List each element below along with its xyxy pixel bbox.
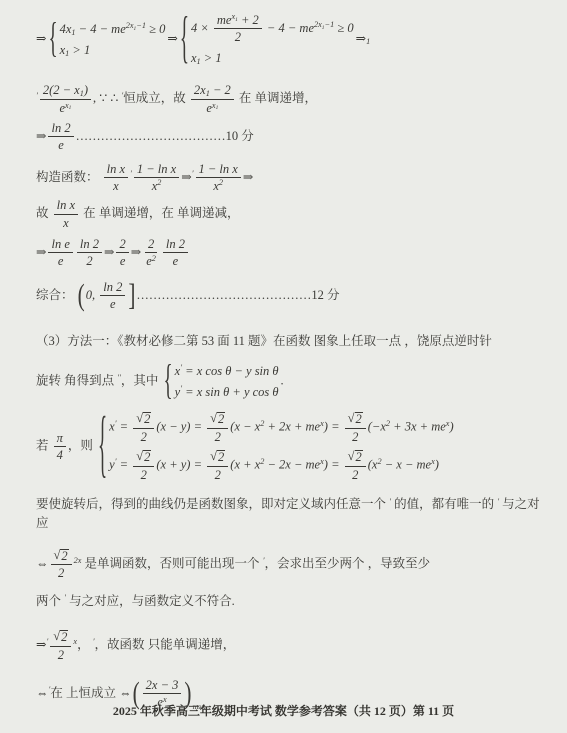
math-run: ln x <box>57 198 75 212</box>
radical-sign-icon: √ <box>210 412 217 426</box>
radical-sign-icon: √ <box>210 450 217 464</box>
math-run: 2 <box>218 450 224 464</box>
text-run: 单调递减， <box>177 206 240 220</box>
text-run: 与之对应，与函数定义不符合. <box>66 594 235 608</box>
math-run: −1 <box>136 21 146 30</box>
math-run: 2 <box>218 412 224 426</box>
text-run: 旋转 <box>36 373 64 387</box>
math-run: ln x <box>107 162 125 176</box>
math-run: 2x <box>126 21 134 30</box>
math-run: ≥ 0 <box>146 22 165 36</box>
numerator: mex1 + 2 <box>214 13 262 29</box>
radical: √2 <box>210 412 225 427</box>
math-run: = <box>117 420 132 434</box>
rotation-formulas-line: 旋转 角得到点 ′′，其中 {x′ = x cos θ − y sin θy′ … <box>36 363 541 401</box>
math-run: 4 × <box>191 21 212 35</box>
math-run: e <box>58 254 64 268</box>
text-run: 图象上任取一点 <box>314 334 405 348</box>
numerator: √2 <box>50 629 71 647</box>
radical-sign-icon: √ <box>348 412 355 426</box>
monotonic-intervals-line: 故 ln xx 在 单调递增，在 单调递减， <box>36 198 541 230</box>
math-run: 2 <box>152 254 156 263</box>
radical: √2 <box>348 450 363 465</box>
math-run: (−x <box>368 420 386 434</box>
text-run: ，故函数 <box>95 637 148 651</box>
radical: √2 <box>54 549 69 564</box>
case-rows: 4x1 − 4 − me2x1−1 ≥ 0x1 > 1 <box>60 21 166 59</box>
math-run: + 2 <box>238 13 259 27</box>
theta-pi4-system-line: 若 π4，则 {x′ = √22(x − y) = √22(x − x2 + 2… <box>36 411 541 482</box>
superscript: ′ <box>130 170 132 178</box>
fraction: 1 − ln xx2 <box>196 162 241 194</box>
left-brace: { <box>48 19 57 61</box>
text-run: 在 <box>80 206 99 220</box>
fraction: √22 <box>345 411 366 444</box>
math-run: 2 <box>352 468 358 482</box>
denominator: 2 <box>138 467 150 482</box>
text-run: ⇔ <box>36 686 49 700</box>
fraction: ln 2e <box>163 237 188 269</box>
denominator: 2 <box>232 29 244 44</box>
conclusion-12pts-line: 综合： (0, ln 2e]……………………………………12 分 <box>36 280 541 312</box>
fraction: ln ee <box>48 237 72 269</box>
system-inequalities-line: ⇒{4x1 − 4 − me2x1−1 ≥ 0x1 > 1⇒{4 × mex1 … <box>36 13 541 66</box>
superscript: ′ <box>192 170 194 178</box>
math-run: me <box>217 13 232 27</box>
case-rows: x′ = √22(x − y) = √22(x − x2 + 2x + mex)… <box>109 411 453 482</box>
fraction: mex1 + 22 <box>214 13 262 45</box>
math-run: 4 <box>57 448 63 462</box>
math-run: 1 <box>366 37 370 46</box>
numerator: ln 2 <box>100 280 125 296</box>
bracket: ] <box>128 280 135 311</box>
math-run: ′ <box>46 637 48 646</box>
fraction: π4 <box>54 431 66 463</box>
fraction: √22 <box>50 629 71 662</box>
radicand: 2 <box>60 630 68 645</box>
radical-sign-icon: √ <box>54 549 61 563</box>
case-row: x′ = x cos θ − y sin θ <box>175 363 279 379</box>
superscript: 2 <box>219 179 223 187</box>
denominator: e <box>55 137 67 152</box>
radical: √2 <box>53 630 68 645</box>
math-run: ) <box>435 458 439 472</box>
superscript: ′ <box>36 92 38 100</box>
math-run: 2 <box>157 178 161 187</box>
radical-sign-icon: √ <box>136 450 143 464</box>
radicand: 2 <box>355 450 363 465</box>
text-run: 两个 <box>36 594 64 608</box>
superscript: 2 <box>157 179 161 187</box>
math-run: ′ <box>36 91 38 100</box>
m-range-10pts-line: ⇒ln 2e………………………………10 分 <box>36 121 541 153</box>
fraction: 2(2 − x1)ex1 <box>40 83 91 116</box>
fraction: √22 <box>207 449 228 482</box>
math-run: 2 <box>235 30 241 44</box>
math-run: − 2 <box>210 83 231 97</box>
numerator: √2 <box>345 449 366 467</box>
numerator: ln 2 <box>163 237 188 253</box>
denominator: x2 <box>149 178 165 193</box>
denominator: 2 <box>212 467 224 482</box>
text-run: 故 <box>36 206 52 220</box>
text-run: ⇒ <box>356 31 366 45</box>
radical: √2 <box>136 450 151 465</box>
math-run: − 2x − me <box>264 458 320 472</box>
bracket: ( <box>78 280 85 311</box>
math-run: 2 <box>61 549 67 563</box>
denominator: 4 <box>54 447 66 462</box>
fraction: √22 <box>345 449 366 482</box>
text-run: 是单调函数，否则可能出现一个 <box>81 556 262 570</box>
fraction: 2e2 <box>143 237 159 269</box>
denominator: x2 <box>210 178 226 193</box>
numerator: √2 <box>133 411 154 429</box>
denominator: ex1 <box>203 100 221 115</box>
fraction: 2e <box>116 237 128 269</box>
math-run: 2 <box>148 237 154 251</box>
superscript: x1 <box>65 102 71 112</box>
numerator: π <box>54 431 66 447</box>
math-run: ln e <box>51 237 69 251</box>
denominator: e <box>170 253 182 268</box>
case-row: 4x1 − 4 − me2x1−1 ≥ 0 <box>60 21 166 37</box>
superscript: ′ <box>46 638 48 646</box>
numerator: √2 <box>207 449 228 467</box>
math-run: ) <box>84 83 88 97</box>
text-run: 恒成立，故 <box>123 91 189 105</box>
numerator: √2 <box>207 411 228 429</box>
text-run: ⇒ <box>36 129 46 143</box>
denominator: e <box>107 296 119 311</box>
text-run: 角得到点 <box>64 373 117 387</box>
math-run: = x sin θ + y cos θ <box>182 385 279 399</box>
subscript: 1 <box>366 38 370 46</box>
math-run: 2x − 3 <box>146 678 179 692</box>
math-run: 2 <box>144 412 150 426</box>
part3-method1-intro-line: （3）方法一：《教材必修二第 53 面 11 题》在函数 图象上任取一点 ，饶原… <box>36 332 541 350</box>
numerator: ln e <box>48 237 72 253</box>
text-run: ……………………………………12 分 <box>136 288 339 302</box>
math-run: (x − y) = <box>156 420 205 434</box>
math-run: (x <box>368 458 378 472</box>
math-run: 1 − ln x <box>199 162 238 176</box>
text-run: ，会求出至少两个 <box>265 556 368 570</box>
case-row: x1 > 1 <box>60 42 166 58</box>
numerator: ln x <box>104 162 128 178</box>
case-row: x1 > 1 <box>191 50 354 66</box>
math-run: − 4 − me <box>264 21 314 35</box>
text-run: . <box>281 373 284 387</box>
numerator: 2x − 3 <box>143 678 182 694</box>
case-rows: 4 × mex1 + 22 − 4 − me2x1−1 ≥ 0x1 > 1 <box>191 13 354 66</box>
text-run: ， <box>77 637 93 651</box>
text-run: ⇒ <box>36 31 46 45</box>
text-run: 在 <box>50 686 66 700</box>
text-run: 只能单调递增， <box>148 637 236 651</box>
text-run: ⇔ <box>36 556 49 570</box>
fraction: ln 22 <box>77 237 102 269</box>
numerator: √2 <box>345 411 366 429</box>
radical: √2 <box>348 412 363 427</box>
radicand: 2 <box>355 412 363 427</box>
math-run: (x − x <box>230 420 260 434</box>
math-run: = <box>117 458 132 472</box>
math-run: 2 <box>86 254 92 268</box>
numerator: 2 <box>116 237 128 253</box>
text-run: 综合： <box>36 288 77 302</box>
denominator: e <box>55 253 67 268</box>
text-run: ，则 <box>68 439 96 453</box>
numerator: √2 <box>51 548 72 566</box>
case-row: y′ = √22(x + y) = √22(x + x2 − 2x − mex)… <box>109 449 453 482</box>
denominator: 2 <box>138 429 150 444</box>
numerator: ln 2 <box>48 121 73 137</box>
text-run: ⇔ <box>119 686 132 700</box>
math-run: 2 <box>215 468 221 482</box>
math-run: 2x <box>194 83 206 97</box>
math-run: ) = <box>324 420 343 434</box>
math-run: 0, <box>86 288 99 302</box>
construct-function-line: 构造函数： ln xx′1 − ln xx2⇒′1 − ln xx2⇒ <box>36 162 541 194</box>
radicand: 2 <box>60 549 68 564</box>
text-run: ⇒ <box>243 169 253 183</box>
numerator: 2x1 − 2 <box>191 83 234 100</box>
monotonic-function-line: ⇔√222x 是单调函数，否则可能出现一个 ′，会求出至少两个 ，导致至少 <box>36 548 541 581</box>
superscript: 2x1−1 <box>314 21 334 31</box>
subscript: 1 <box>69 106 72 111</box>
text-run: ⇒ <box>104 245 114 259</box>
fraction: 1 − ln xx2 <box>134 162 179 194</box>
rotation-condition-line: 要使旋转后，得到的曲线仍是函数图象，即对定义域内任意一个 ′ 的值，都有唯一的 … <box>36 495 541 531</box>
text-run: ⇒ <box>167 31 177 45</box>
math-run: − 4 − me <box>76 22 126 36</box>
answer-content: ⇒{4x1 − 4 − me2x1−1 ≥ 0x1 > 1⇒{4 × mex1 … <box>36 13 541 710</box>
math-run: + 3x + me <box>390 420 446 434</box>
fraction: ln xx <box>104 162 128 194</box>
text-run: ，饶原点逆时针 <box>404 334 492 348</box>
math-run: 1 <box>69 105 72 111</box>
superscript: 2 <box>152 255 156 263</box>
text-run: 上恒成立 <box>66 686 119 700</box>
denominator: 2 <box>55 565 67 580</box>
superscript: x1 <box>212 102 218 112</box>
math-run: e <box>58 138 64 152</box>
text-run: 若 <box>36 439 52 453</box>
math-run: 2 <box>141 430 147 444</box>
math-run: 2(2 − x <box>43 83 80 97</box>
math-run: π <box>57 431 63 445</box>
text-run: , ∵ <box>93 91 110 105</box>
math-run: 2 <box>61 630 67 644</box>
math-run: e <box>110 297 116 311</box>
inequality-chain-line: ⇒ln eeln 22⇒2e⇒2e2ln 2e <box>36 237 541 269</box>
math-run: x <box>63 216 69 230</box>
cases-group: {x′ = x cos θ − y sin θy′ = x sin θ + y … <box>164 363 279 401</box>
numerator: 2 <box>145 237 157 253</box>
text-run: ………………………………10 分 <box>76 129 254 143</box>
math-run: + 2x + me <box>264 420 320 434</box>
math-run: 2 <box>141 468 147 482</box>
fraction: ln xx <box>54 198 78 230</box>
denominator: e <box>117 253 129 268</box>
cases-group: {4 × mex1 + 22 − 4 − me2x1−1 ≥ 0x1 > 1 <box>180 13 354 66</box>
radicand: 2 <box>217 450 225 465</box>
denominator: ex1 <box>56 100 74 115</box>
math-run: e <box>120 254 126 268</box>
math-run: e <box>173 254 179 268</box>
radicand: 2 <box>217 412 225 427</box>
contradiction-line: 两个 ′ 与之对应，与函数定义不符合. <box>36 592 541 610</box>
radical: √2 <box>136 412 151 427</box>
math-run: ′ <box>130 169 132 178</box>
text-run: 要使旋转后，得到的曲线仍是函数图象，即对定义域内任意一个 <box>36 497 389 511</box>
math-run: 4x <box>60 22 72 36</box>
case-rows: x′ = x cos θ − y sin θy′ = x sin θ + y c… <box>175 363 279 401</box>
math-run: − x − me <box>382 458 432 472</box>
math-run: ) <box>449 420 453 434</box>
fraction: 2x1 − 2ex1 <box>191 83 234 116</box>
derivative-Mx-line: ⇒′√22x， ′，故函数 只能单调递增， <box>36 629 541 662</box>
superscript: 2x1−1 <box>126 22 146 32</box>
math-run: 2 <box>58 648 64 662</box>
fraction: √22 <box>133 411 154 444</box>
denominator: 2 <box>349 429 361 444</box>
radicand: 2 <box>143 450 151 465</box>
page-footer: 2025 年秋季高三年级期中考试 数学参考答案（共 12 页）第 11 页 <box>0 703 567 720</box>
numerator: 2(2 − x1) <box>40 83 91 100</box>
text-run: ，其中 <box>121 373 162 387</box>
numerator: ln x <box>54 198 78 214</box>
math-run: (x + y) = <box>156 458 205 472</box>
text-run: 在 <box>236 91 255 105</box>
math-run: 2 <box>144 450 150 464</box>
subscript: 1 <box>216 106 219 111</box>
math-run: 2x <box>314 20 322 29</box>
case-row: x′ = √22(x − y) = √22(x − x2 + 2x + mex)… <box>109 411 453 444</box>
denominator: 2 <box>55 647 67 662</box>
cases-group: {x′ = √22(x − y) = √22(x − x2 + 2x + mex… <box>98 411 454 482</box>
fraction: √22 <box>51 548 72 581</box>
left-brace: { <box>164 360 173 402</box>
math-run: 1 − ln x <box>137 162 176 176</box>
denominator: e2 <box>143 253 159 268</box>
numerator: ln 2 <box>77 237 102 253</box>
fraction: √22 <box>133 449 154 482</box>
denominator: 2 <box>349 467 361 482</box>
fraction: √22 <box>207 411 228 444</box>
math-run: = x cos θ − y sin θ <box>182 364 279 378</box>
denominator: x <box>60 215 72 230</box>
math-run: ≥ 0 <box>334 21 353 35</box>
fraction: ln 2e <box>100 280 125 312</box>
math-run: −1 <box>325 20 335 29</box>
math-run: 2 <box>215 430 221 444</box>
text-run: ∴ <box>110 91 121 105</box>
math-run: > 1 <box>69 43 90 57</box>
text-run: ⇒ <box>36 637 46 651</box>
radical-sign-icon: √ <box>348 450 355 464</box>
bracket-group: (0, ln 2e] <box>77 280 137 312</box>
text-run: （3）方法一：《教材必修二第 53 面 11 题》在函数 <box>36 334 314 348</box>
math-run: ln 2 <box>166 237 185 251</box>
math-run: 2 <box>356 450 362 464</box>
numerator: 1 − ln x <box>134 162 179 178</box>
text-run: ⇒ <box>181 169 191 183</box>
math-run: > 1 <box>201 51 222 65</box>
fraction: ln 2e <box>48 121 73 153</box>
math-run: x <box>113 179 119 193</box>
radical-sign-icon: √ <box>136 412 143 426</box>
text-run: ⇒ <box>131 245 141 259</box>
case-row: 4 × mex1 + 22 − 4 − me2x1−1 ≥ 0 <box>191 13 354 45</box>
math-run: ln 2 <box>51 121 70 135</box>
left-brace: { <box>180 11 189 68</box>
text-run: 单调递增，在 <box>99 206 177 220</box>
math-run: 1 <box>216 105 219 111</box>
denominator: x <box>110 178 122 193</box>
derivative-m-line: ′2(2 − x1)ex1, ∵ ∴ ′恒成立，故 2x1 − 2ex1 在 单… <box>36 83 541 116</box>
radicand: 2 <box>143 412 151 427</box>
math-run: 2 <box>58 566 64 580</box>
radical-sign-icon: √ <box>53 630 60 644</box>
math-run: ln 2 <box>103 280 122 294</box>
text-run: ⇒ <box>36 245 46 259</box>
math-run: ) = <box>324 458 343 472</box>
text-run: 的值，都有唯一的 <box>391 497 497 511</box>
denominator: 2 <box>83 253 95 268</box>
case-row: y′ = x sin θ + y cos θ <box>175 384 279 400</box>
math-run: ln 2 <box>80 237 99 251</box>
text-run: ，导致至少 <box>368 556 431 570</box>
cases-group: {4x1 − 4 − me2x1−1 ≥ 0x1 > 1 <box>48 21 165 59</box>
text-run: 构造函数： <box>36 169 102 183</box>
document-page: ⇒{4x1 − 4 − me2x1−1 ≥ 0x1 > 1⇒{4 × mex1 … <box>0 0 567 733</box>
denominator: 2 <box>212 429 224 444</box>
math-run: 2 <box>219 178 223 187</box>
radical: √2 <box>210 450 225 465</box>
math-run: 2 <box>352 430 358 444</box>
math-run: ′ <box>192 169 194 178</box>
math-run: 2 <box>119 237 125 251</box>
bracket-content: 0, ln 2e <box>86 280 128 312</box>
math-run: (x + x <box>230 458 260 472</box>
math-run: 2 <box>356 412 362 426</box>
text-run: 单调递增， <box>255 91 318 105</box>
left-brace: { <box>98 409 107 484</box>
numerator: √2 <box>133 449 154 467</box>
numerator: 1 − ln x <box>196 162 241 178</box>
